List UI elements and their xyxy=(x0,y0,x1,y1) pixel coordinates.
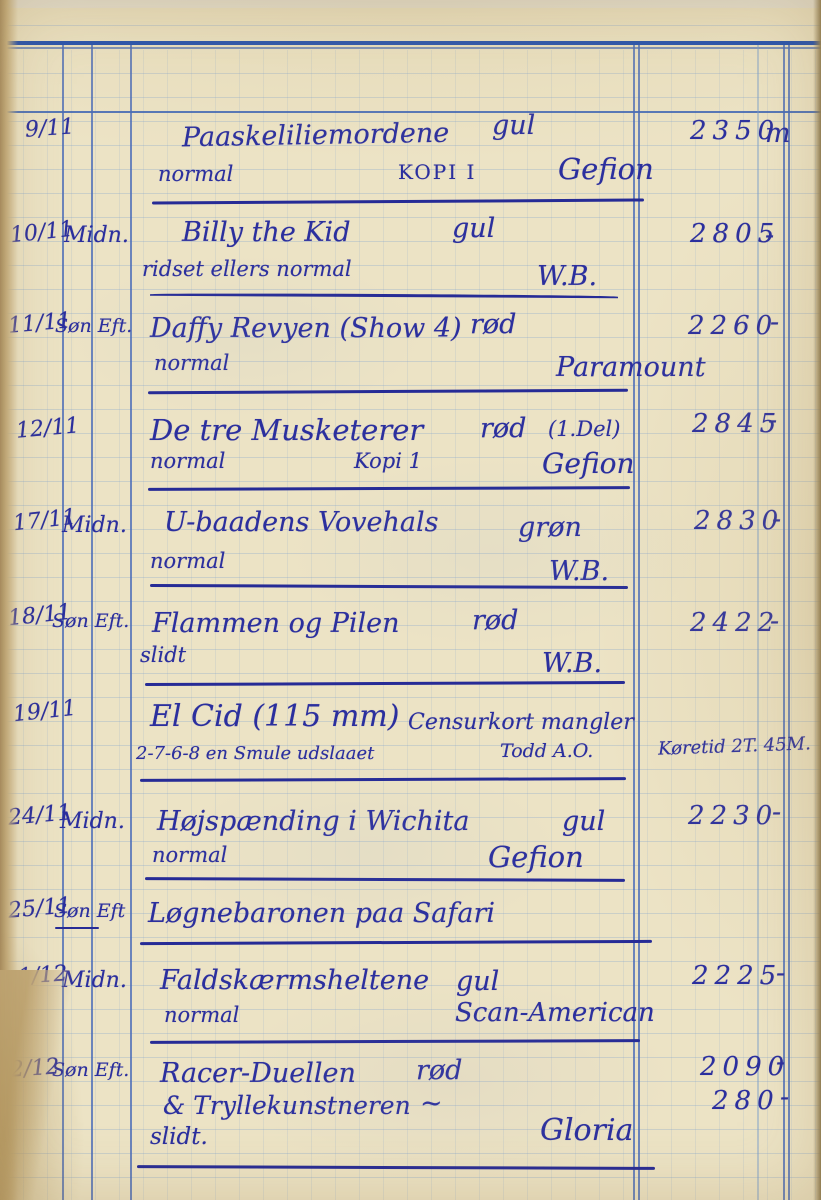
entry-meters-unit: - xyxy=(776,1047,785,1078)
entry-print-color: rød xyxy=(480,413,526,444)
entry-distributor: Scan-American xyxy=(455,998,655,1028)
entry-print-color-second: ~ xyxy=(420,1088,443,1119)
entry-meters-unit: m xyxy=(765,118,791,149)
entry-title: El Cid (115 mm) xyxy=(150,699,399,734)
entry-title: Faldskærmsheltene xyxy=(160,965,429,996)
entry-print-color: rød xyxy=(472,605,518,636)
top-margin-rule xyxy=(0,41,821,45)
entry-distributor: W.B. xyxy=(549,556,609,587)
entry-print-color: rød xyxy=(470,309,516,340)
column-rule-right-a xyxy=(783,45,785,1200)
entry-meters-unit: - xyxy=(765,220,774,251)
entry-meters: 2225 xyxy=(692,961,782,991)
entry-session: Midn. xyxy=(62,513,127,538)
entry-meters-unit-second: - xyxy=(780,1082,789,1113)
entry-print-color: gul xyxy=(456,966,499,997)
entry-print-color: gul xyxy=(452,213,495,244)
scan-edge-top xyxy=(0,0,821,8)
entry-condition: normal xyxy=(152,843,227,867)
entry-date: 9/11 xyxy=(24,114,75,142)
entry-session: Søn Eft xyxy=(54,900,125,922)
entry-title: Flammen og Pilen xyxy=(152,608,400,639)
entry-meters: 2422 xyxy=(690,608,780,638)
entry-title: Billy the Kid xyxy=(182,217,350,248)
entry-condition: ridset ellers normal xyxy=(142,257,352,281)
entry-title: U-baadens Vovehals xyxy=(164,507,438,538)
entry-print-color: rød xyxy=(416,1055,462,1086)
column-rule-session-right xyxy=(130,45,132,1200)
entry-title: Daffy Revyen (Show 4) xyxy=(150,313,462,344)
entry-condition: normal xyxy=(150,449,225,473)
page-corner-bottom-left xyxy=(0,970,80,1200)
entry-title: Racer-Duellen xyxy=(160,1058,356,1089)
entry-meters: 2830 xyxy=(694,506,784,536)
header-band-rule xyxy=(0,111,821,113)
entry-part-note: (1.Del) xyxy=(548,417,620,441)
entry-condition: normal xyxy=(164,1003,239,1027)
entry-session: Midn. xyxy=(60,809,125,834)
entry-condition: normal xyxy=(158,162,233,186)
entry-distributor: W.B. xyxy=(542,648,602,679)
entry-session: Søn Eft. xyxy=(52,610,129,632)
entry-copy: KOPI I xyxy=(398,160,476,184)
entry-distributor: Todd A.O. xyxy=(500,740,593,762)
entry-meters: 2230 xyxy=(688,801,778,831)
ledger-page: 9/11 Paaskeliliemordene gul normal KOPI … xyxy=(0,0,821,1200)
entry-condition: slidt. xyxy=(150,1124,208,1150)
entry-title: Højspænding i Wichita xyxy=(157,806,469,837)
entry-condition: normal xyxy=(150,549,225,573)
entry-distributor: Gefion xyxy=(558,152,654,186)
entry-distributor: W.B. xyxy=(537,261,597,292)
entry-meters-second: 280 xyxy=(712,1086,780,1116)
entry-condition: normal xyxy=(154,351,229,375)
entry-title-second: & Tryllekunstneren xyxy=(163,1091,411,1120)
entry-title: De tre Musketerer xyxy=(150,413,423,447)
entry-condition: slidt xyxy=(140,643,186,667)
entry-distributor: Gloria xyxy=(540,1113,633,1148)
entry-censor-note: Censurkort mangler xyxy=(408,710,634,735)
entry-meters: 2260 xyxy=(688,311,778,341)
entry-session: Midn. xyxy=(64,223,129,248)
entry-meters-unit: - xyxy=(770,606,779,637)
entry-session: Søn Eft. xyxy=(55,315,132,337)
entry-meters-unit: - xyxy=(772,797,781,828)
entry-copy: Kopi 1 xyxy=(354,449,422,473)
entry-title: Paaskeliliemordene xyxy=(182,118,450,154)
entry-print-color: gul xyxy=(562,806,605,837)
top-margin-rule-thin xyxy=(0,47,821,49)
top-faint-rule xyxy=(0,25,821,26)
entry-print-color: grøn xyxy=(518,512,582,543)
entry-condition: 2-7-6-8 en Smule udslaaet xyxy=(136,743,374,764)
entry-meters-unit: - xyxy=(770,307,779,338)
entry-meters-unit: - xyxy=(768,405,777,436)
column-rule-right-b xyxy=(788,45,790,1200)
page-edge-right xyxy=(813,0,821,1200)
entry-distributor: Gefion xyxy=(542,447,635,480)
entry-meters-unit: - xyxy=(772,504,781,535)
entry-meters-unit: - xyxy=(776,958,785,989)
session-underline xyxy=(55,927,99,929)
entry-distributor: Paramount xyxy=(556,352,706,383)
entry-title: Løgnebaronen paa Safari xyxy=(148,898,495,929)
entry-print-color: gul xyxy=(492,110,535,141)
entry-distributor: Gefion xyxy=(488,840,584,874)
